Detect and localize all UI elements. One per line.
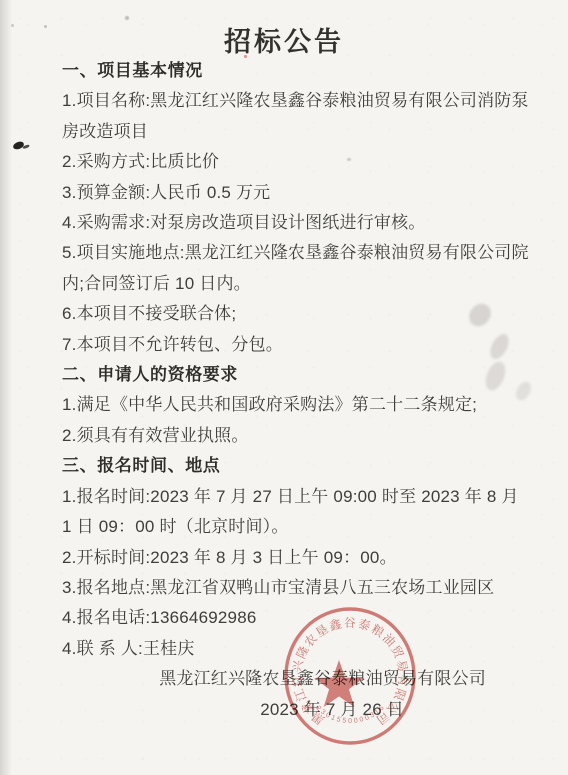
- document-title: 招标公告: [0, 20, 568, 59]
- document-sections: 一、项目基本情况1.项目名称:黑龙江红兴隆农垦鑫谷泰粮油贸易有限公司消防泵房改造…: [62, 56, 532, 664]
- doc-line: 4.报名电话:13664692986: [62, 603, 532, 633]
- doc-line: 5.项目实施地点:黑龙江红兴隆农垦鑫谷泰粮油贸易有限公司院内;合同签订后 10 …: [62, 238, 532, 299]
- doc-line: 7.本项目不允许转包、分包。: [62, 330, 532, 360]
- section-heading: 二、申请人的资格要求: [62, 360, 532, 390]
- doc-line: 4.采购需求:对泵房改造项目设计图纸进行审核。: [62, 208, 532, 238]
- doc-line: 1.满足《中华人民共和国政府采购法》第二十二条规定;: [62, 390, 532, 420]
- doc-line: 1.项目名称:黑龙江红兴隆农垦鑫谷泰粮油贸易有限公司消防泵房改造项目: [62, 86, 532, 147]
- document-body: 一、项目基本情况1.项目名称:黑龙江红兴隆农垦鑫谷泰粮油贸易有限公司消防泵房改造…: [62, 56, 532, 725]
- ink-blot-artifact: [12, 141, 24, 150]
- doc-line: 3.报名地点:黑龙江省双鸭山市宝清县八五三农场工业园区: [62, 573, 532, 603]
- scan-edge-shadow: [0, 0, 12, 775]
- scanned-document-page: 招标公告 一、项目基本情况1.项目名称:黑龙江红兴隆农垦鑫谷泰粮油贸易有限公司消…: [0, 0, 568, 775]
- doc-line: 1.报名时间:2023 年 7 月 27 日上午 09:00 时至 2023 年…: [62, 482, 532, 543]
- doc-line: 2.须具有有效营业执照。: [62, 421, 532, 451]
- doc-line: 3.预算金额:人民币 0.5 万元: [62, 178, 532, 208]
- doc-line: 4.联 系 人:王桂庆: [62, 634, 532, 664]
- doc-line: 6.本项目不接受联合体;: [62, 299, 532, 329]
- section-heading: 一、项目基本情况: [62, 56, 532, 86]
- signature-date: 2023 年 7 月 26 日: [62, 695, 532, 725]
- doc-line: 2.采购方式:比质比价: [62, 147, 532, 177]
- doc-line: 2.开标时间:2023 年 8 月 3 日上午 09：00。: [62, 543, 532, 573]
- section-heading: 三、报名时间、地点: [62, 451, 532, 481]
- signature-company: 黑龙江红兴隆农垦鑫谷泰粮油贸易有限公司: [62, 664, 532, 694]
